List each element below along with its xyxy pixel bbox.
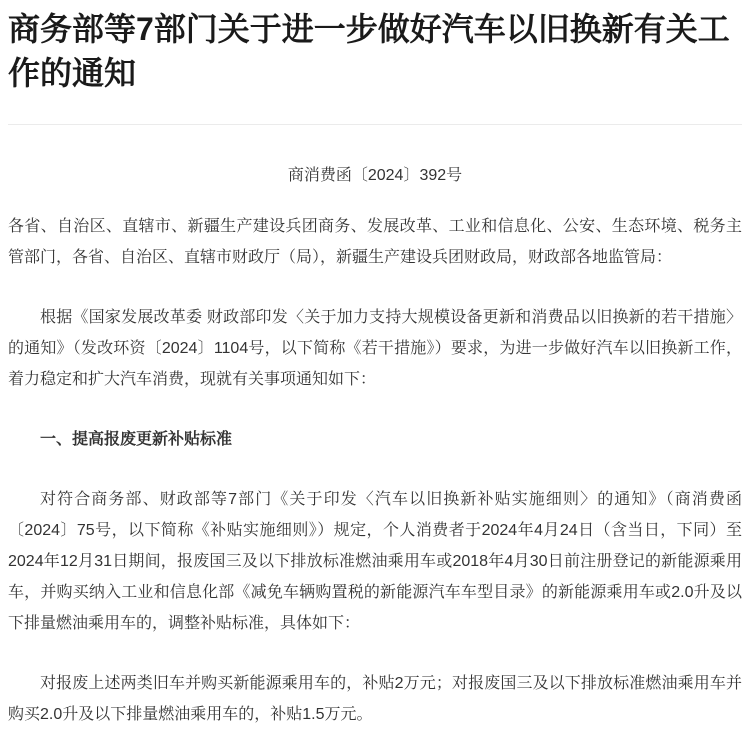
document-body: 各省、自治区、直辖市、新疆生产建设兵团商务、发展改革、工业和信息化、公安、生态环… bbox=[8, 211, 742, 730]
section-heading: 一、提高报废更新补贴标准 bbox=[8, 424, 742, 455]
title-divider bbox=[8, 124, 742, 125]
paragraph: 根据《国家发展改革委 财政部印发〈关于加力支持大规模设备更新和消费品以旧换新的若… bbox=[8, 302, 742, 395]
document-page: 商务部等7部门关于进一步做好汽车以旧换新有关工作的通知 商消费函〔2024〕39… bbox=[0, 0, 750, 735]
paragraph: 对报废上述两类旧车并购买新能源乘用车的，补贴2万元；对报废国三及以下排放标准燃油… bbox=[8, 668, 742, 730]
document-number: 商消费函〔2024〕392号 bbox=[8, 160, 742, 191]
paragraph: 对符合商务部、财政部等7部门《关于印发〈汽车以旧换新补贴实施细则〉的通知》（商消… bbox=[8, 484, 742, 639]
document-title: 商务部等7部门关于进一步做好汽车以旧换新有关工作的通知 bbox=[8, 7, 742, 95]
paragraph: 各省、自治区、直辖市、新疆生产建设兵团商务、发展改革、工业和信息化、公安、生态环… bbox=[8, 211, 742, 273]
